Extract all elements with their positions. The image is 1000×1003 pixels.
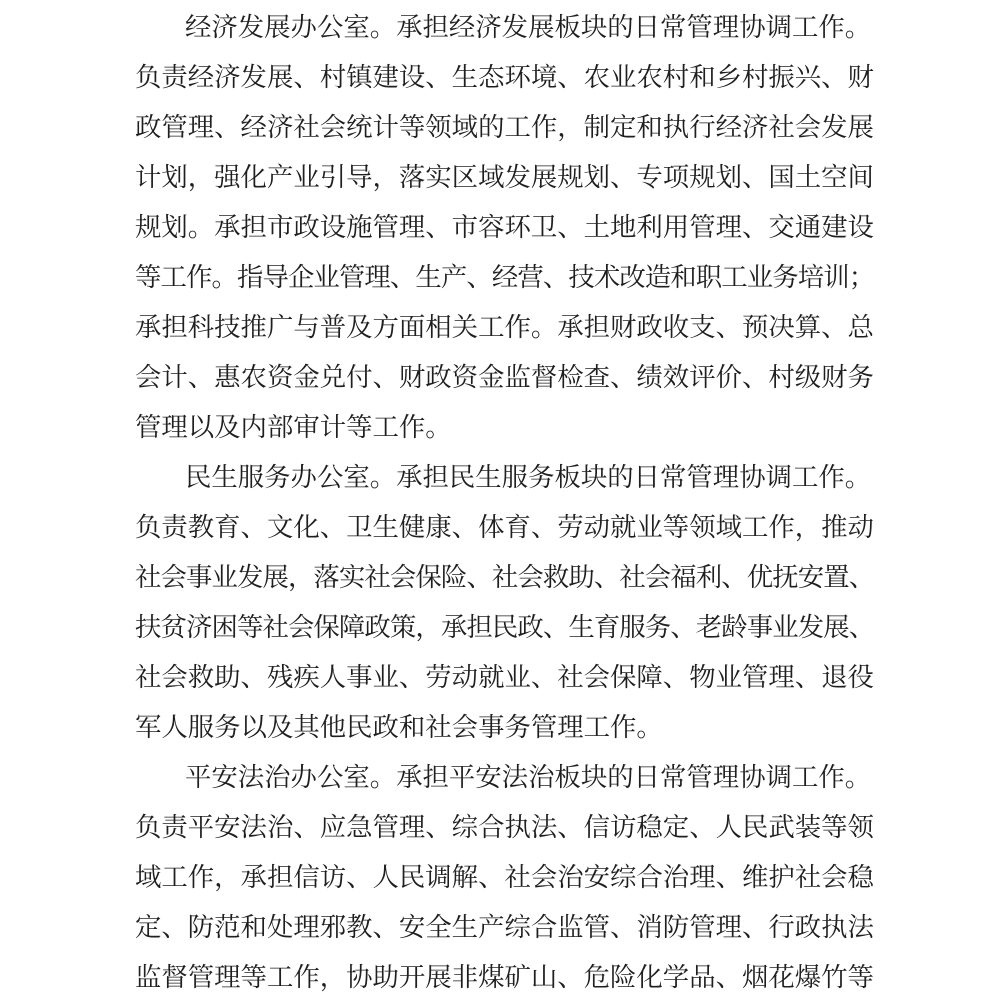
text-line: 经济发展办公室。承担经济发展板块的日常管理协调工作。: [135, 2, 875, 52]
text-line: 定、防范和处理邪教、安全生产综合监管、消防管理、行政执法: [135, 902, 875, 952]
text-line: 计划，强化产业引导，落实区域发展规划、专项规划、国土空间: [135, 152, 875, 202]
text-line: 监督管理等工作，协助开展非煤矿山、危险化学品、烟花爆竹等: [135, 952, 875, 1002]
paragraph: 平安法治办公室。承担平安法治板块的日常管理协调工作。负责平安法治、应急管理、综合…: [135, 752, 875, 1002]
text-line: 管理以及内部审计等工作。: [135, 402, 875, 452]
document-text-block: 经济发展办公室。承担经济发展板块的日常管理协调工作。负责经济发展、村镇建设、生态…: [135, 2, 875, 1002]
text-line: 域工作，承担信访、人民调解、社会治安综合治理、维护社会稳: [135, 852, 875, 902]
document-page: 经济发展办公室。承担经济发展板块的日常管理协调工作。负责经济发展、村镇建设、生态…: [0, 0, 1000, 1003]
text-line: 民生服务办公室。承担民生服务板块的日常管理协调工作。: [135, 452, 875, 502]
text-line: 承担科技推广与普及方面相关工作。承担财政收支、预决算、总: [135, 302, 875, 352]
text-line: 负责教育、文化、卫生健康、体育、劳动就业等领域工作，推动: [135, 502, 875, 552]
text-line: 规划。承担市政设施管理、市容环卫、土地利用管理、交通建设: [135, 202, 875, 252]
text-line: 负责平安法治、应急管理、综合执法、信访稳定、人民武装等领: [135, 802, 875, 852]
text-line: 政管理、经济社会统计等领域的工作，制定和执行经济社会发展: [135, 102, 875, 152]
paragraph: 经济发展办公室。承担经济发展板块的日常管理协调工作。负责经济发展、村镇建设、生态…: [135, 2, 875, 452]
text-line: 社会事业发展，落实社会保险、社会救助、社会福利、优抚安置、: [135, 552, 875, 602]
text-line: 平安法治办公室。承担平安法治板块的日常管理协调工作。: [135, 752, 875, 802]
paragraph: 民生服务办公室。承担民生服务板块的日常管理协调工作。负责教育、文化、卫生健康、体…: [135, 452, 875, 752]
text-line: 社会救助、残疾人事业、劳动就业、社会保障、物业管理、退役: [135, 652, 875, 702]
text-line: 等工作。指导企业管理、生产、经营、技术改造和职工业务培训；: [135, 252, 875, 302]
text-line: 军人服务以及其他民政和社会事务管理工作。: [135, 702, 875, 752]
text-line: 扶贫济困等社会保障政策，承担民政、生育服务、老龄事业发展、: [135, 602, 875, 652]
text-line: 会计、惠农资金兑付、财政资金监督检查、绩效评价、村级财务: [135, 352, 875, 402]
text-line: 负责经济发展、村镇建设、生态环境、农业农村和乡村振兴、财: [135, 52, 875, 102]
